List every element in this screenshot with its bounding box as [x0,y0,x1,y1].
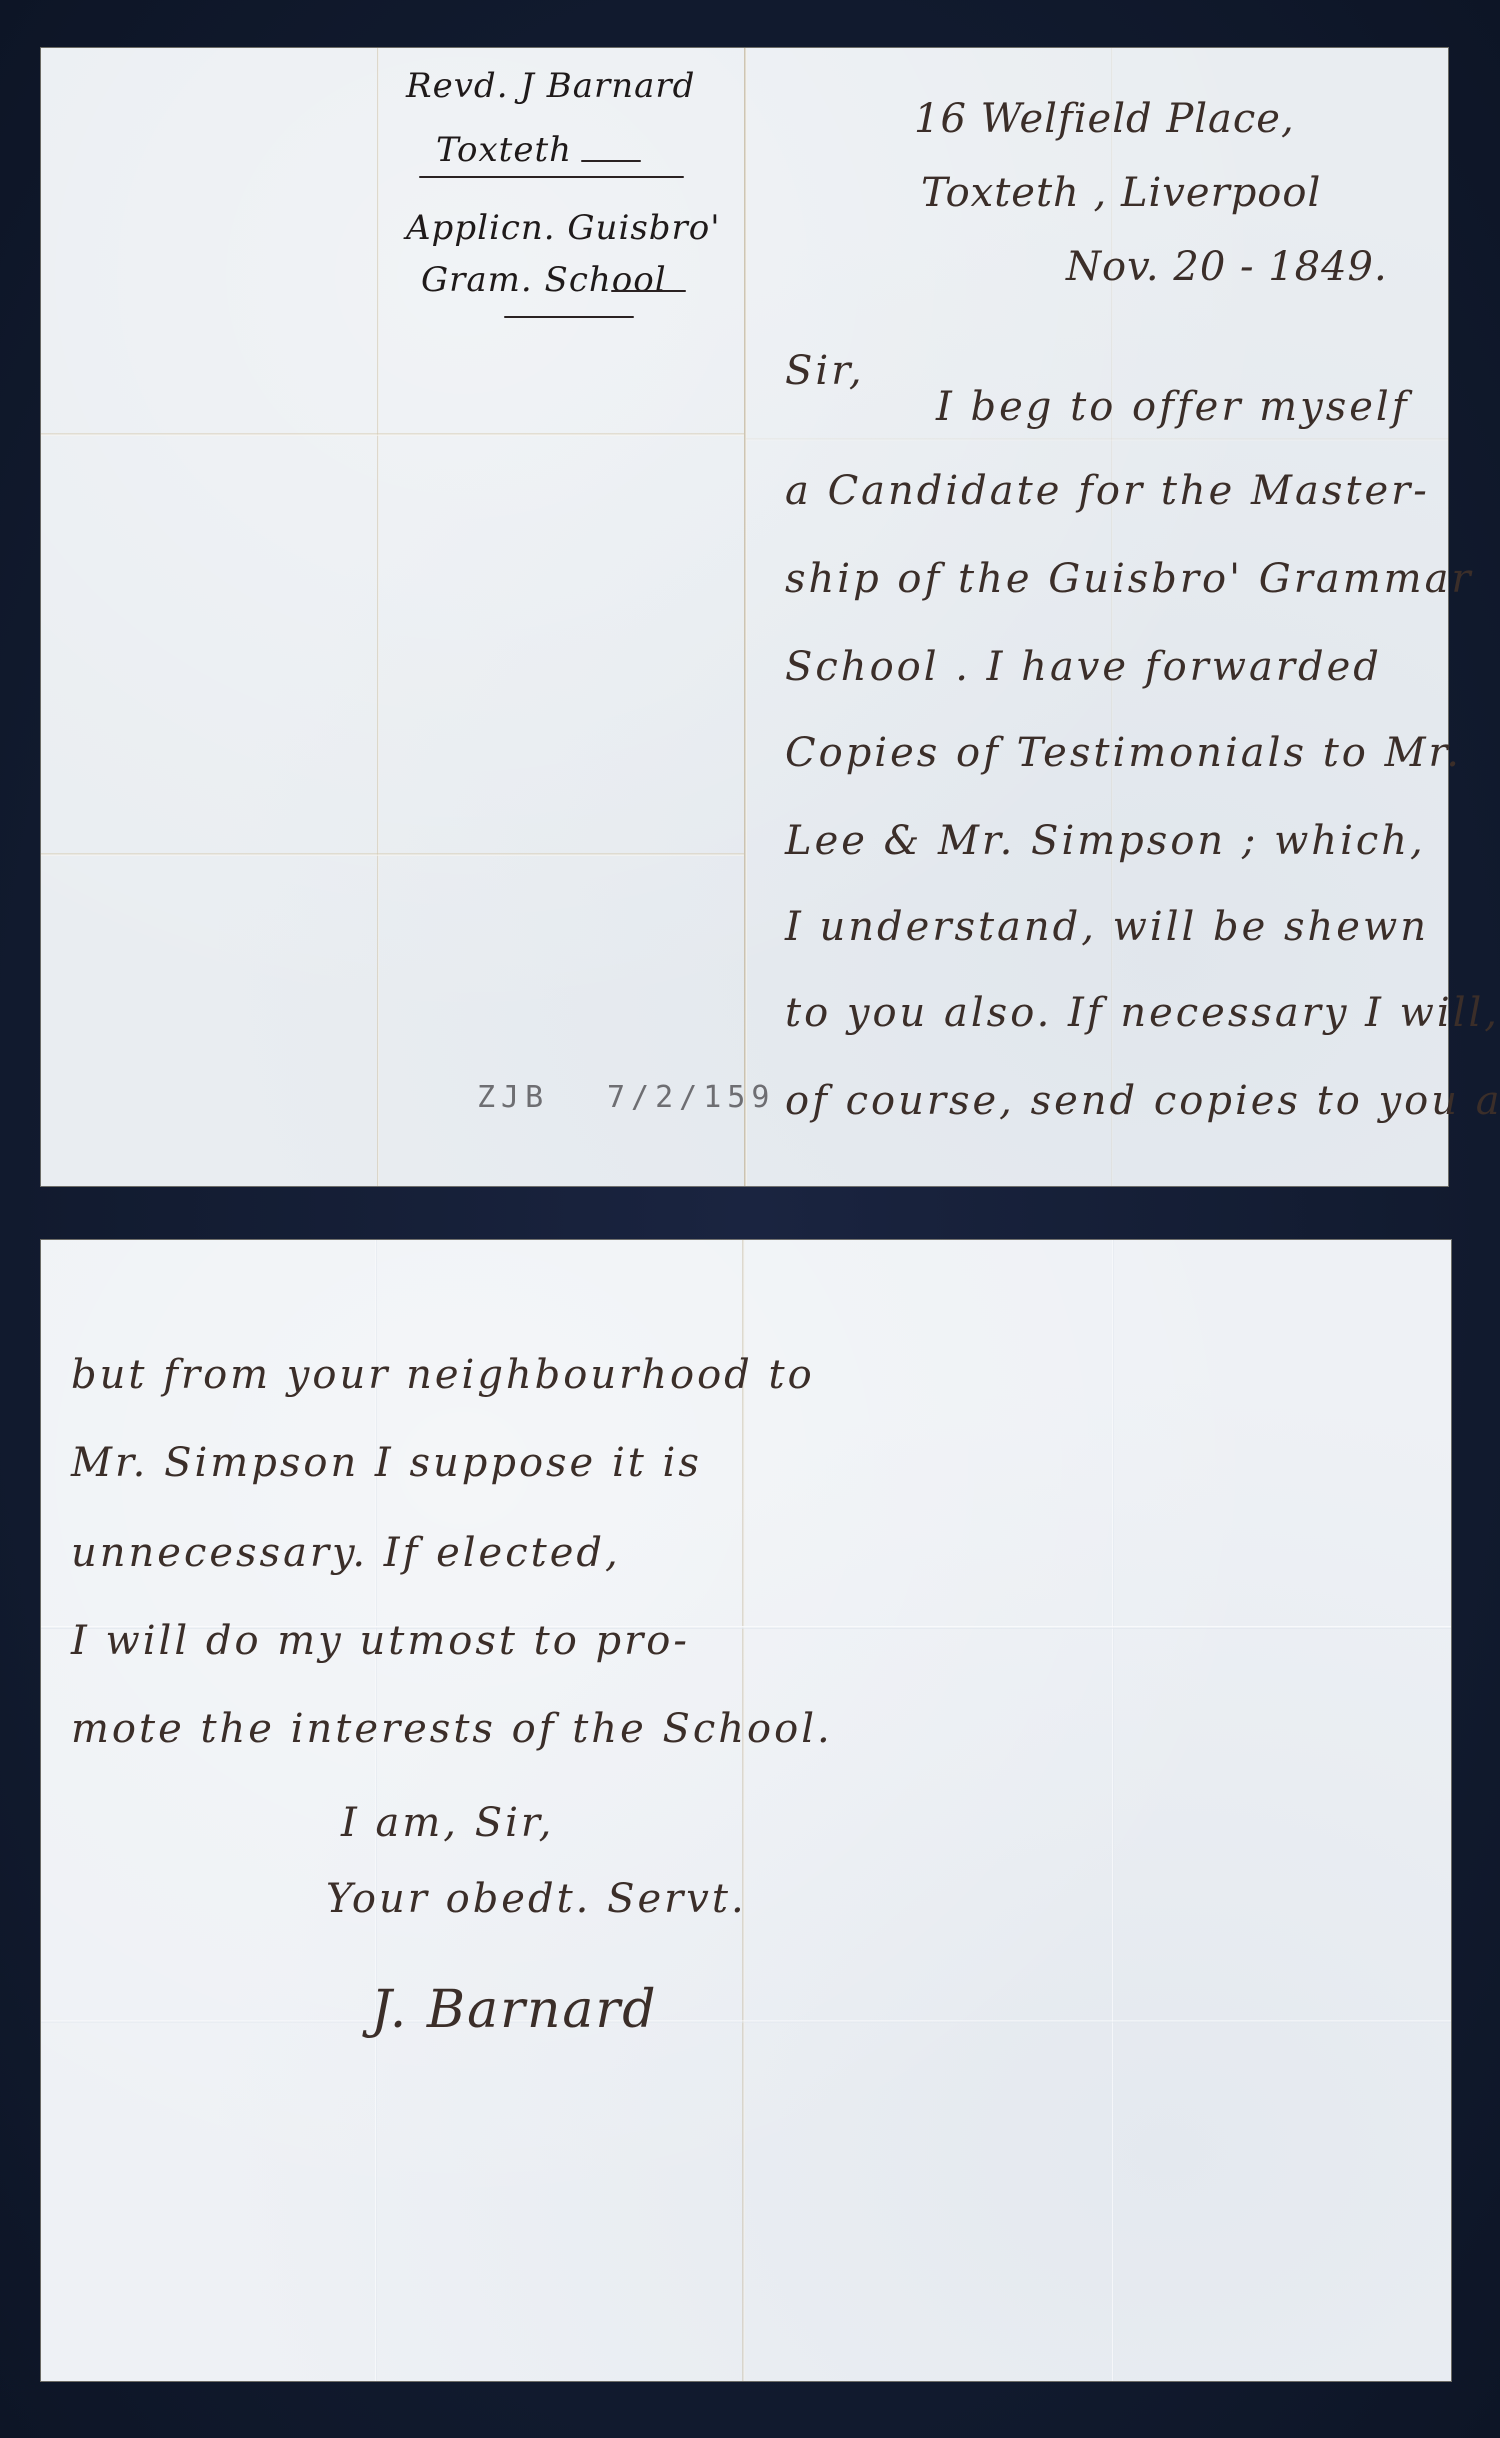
page-spine [742,1240,745,2381]
docket-name: Revd. J Barnard [406,66,695,106]
signature: J. Barnard [371,1980,658,2040]
address-line-2: Toxteth , Liverpool [921,170,1321,216]
body-line: I beg to offer myself [936,384,1410,430]
body-line: Copies of Testimonials to Mr. [785,730,1462,776]
body-line: but from your neighbourhood to [71,1352,815,1398]
fold-line-horizontal [41,433,744,436]
docket-place: Toxteth [436,130,572,170]
fold-line-horizontal [41,853,744,856]
body-line: I understand, will be shewn [785,904,1429,950]
fold-line-vertical [1112,1240,1114,2381]
body-line: ship of the Guisbro' Grammar [785,556,1474,602]
body-line: of course, send copies to you also; [785,1078,1500,1124]
salutation: Sir, [785,348,865,394]
body-line: a Candidate for the Master- [785,468,1430,514]
docket-subject: Applicn. Guisbro' [406,208,721,248]
fold-line-horizontal [746,438,1448,441]
address-line-1: 16 Welfield Place, [914,96,1295,142]
fold-line-vertical [377,48,379,1186]
body-line: mote the interests of the School. [71,1706,833,1752]
page-spine [744,48,747,1186]
archive-code: ZJB [477,1080,549,1115]
fold-line-horizontal [41,2020,1451,2023]
closing-line: I am, Sir, [341,1800,554,1846]
docket-underline [419,176,684,178]
body-line: I will do my utmost to pro- [71,1618,690,1664]
letter-sheet-back: but from your neighbourhood to Mr. Simps… [41,1240,1451,2381]
body-line: Mr. Simpson I suppose it is [71,1440,702,1486]
letter-sheet-front: Revd. J Barnard Toxteth Applicn. Guisbro… [41,48,1448,1186]
letter-date: Nov. 20 - 1849. [1066,244,1388,290]
archive-reference: 7/2/159 [607,1080,775,1115]
body-line: to you also. If necessary I will, [785,990,1500,1036]
body-line: unnecessary. If elected, [71,1530,621,1576]
body-line: School . I have forwarded [785,644,1382,690]
docket-underline [504,316,634,318]
docket-dash [611,290,686,292]
docket-dash [581,160,641,162]
docket-school: Gram. School [421,260,667,300]
body-line: Lee & Mr. Simpson ; which, [785,818,1426,864]
closing-line: Your obedt. Servt. [326,1876,747,1922]
